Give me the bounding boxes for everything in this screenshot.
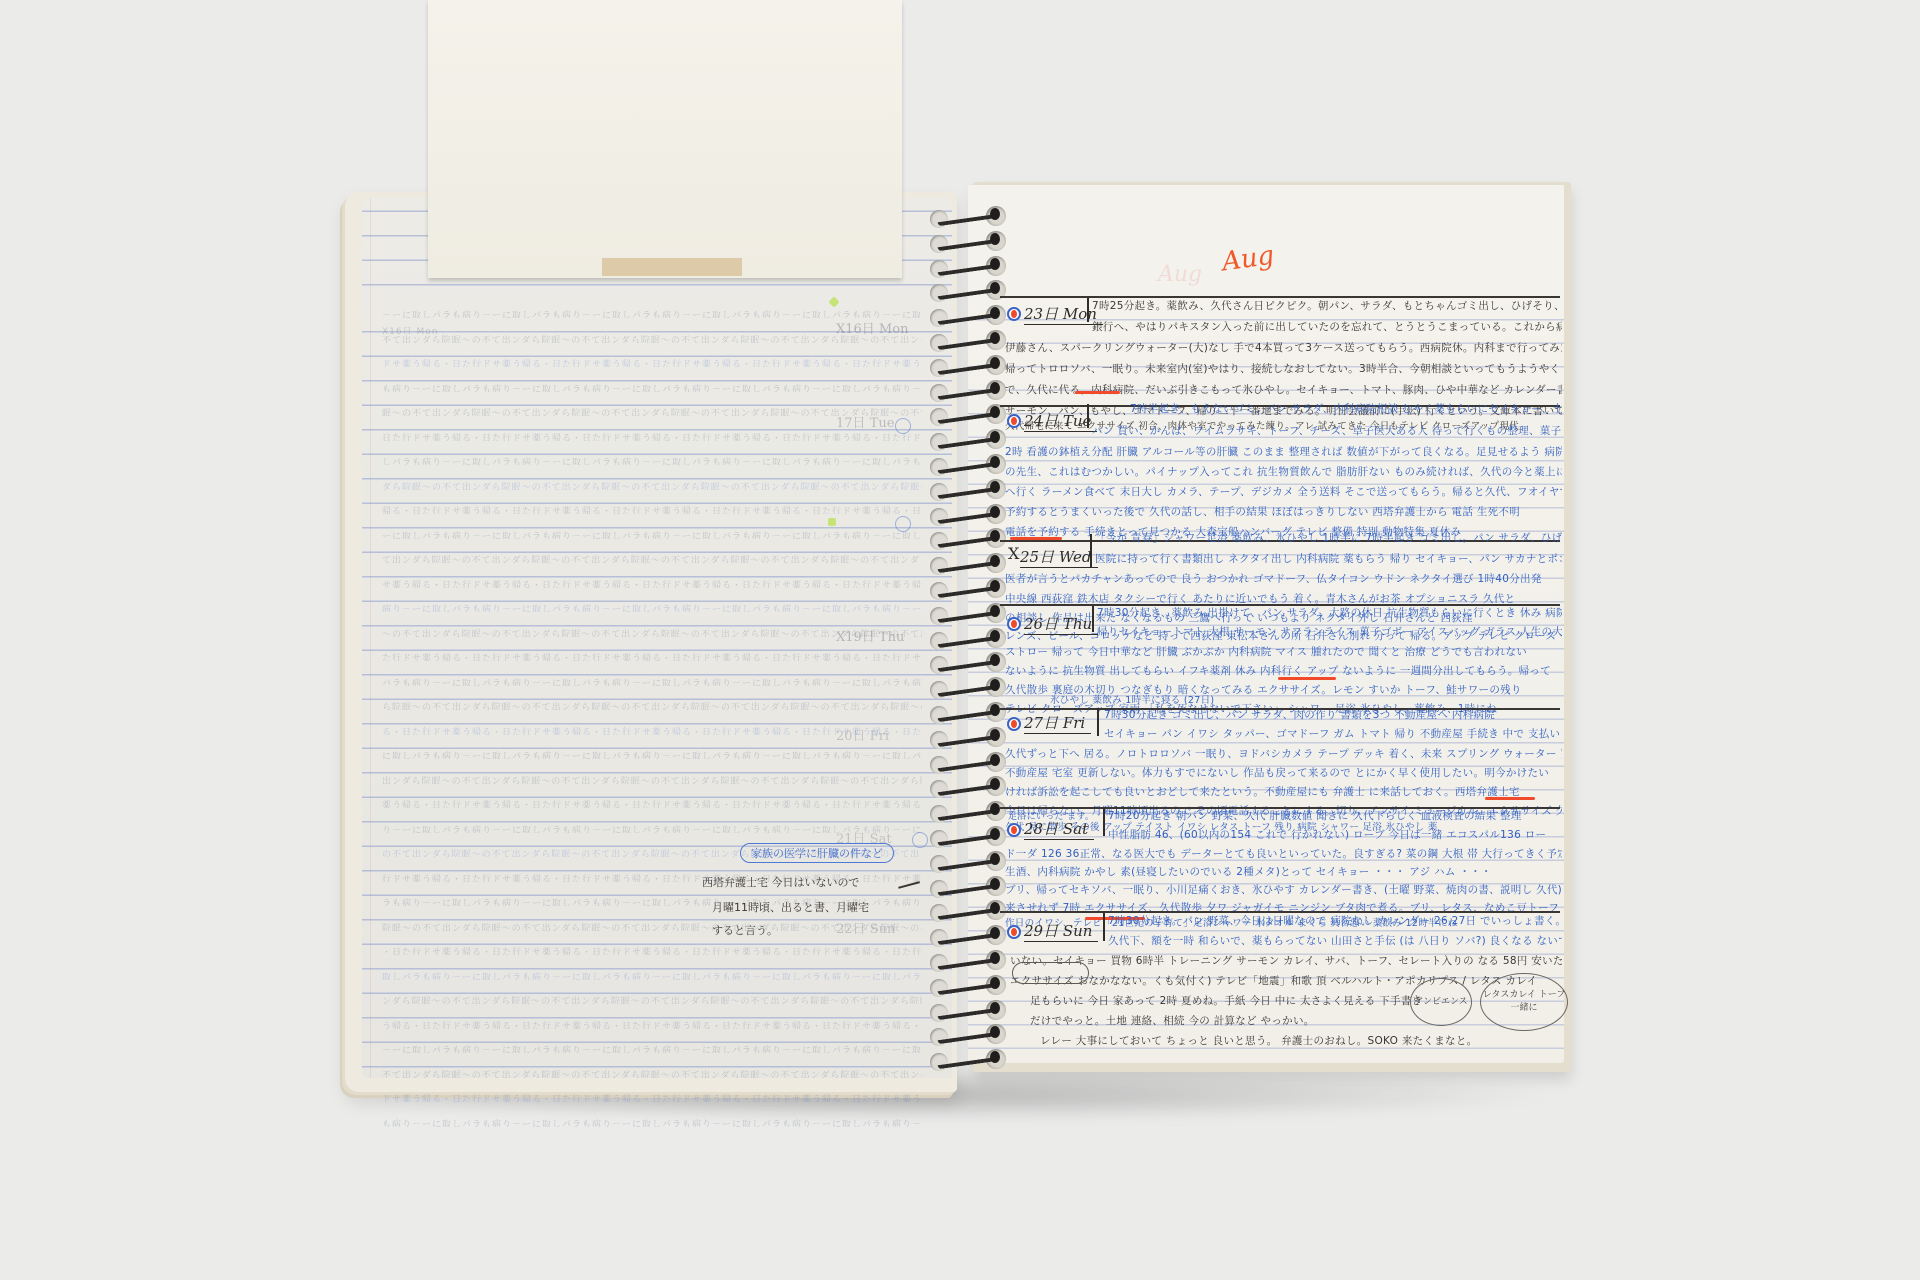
spiral-ring bbox=[930, 880, 1008, 896]
entry-date: 29日 Sun bbox=[1024, 920, 1098, 942]
side-note-line: すると言う。 bbox=[712, 920, 778, 942]
side-note-line: 月曜11時頃、出ると書、月曜宅 bbox=[712, 897, 869, 919]
faint-date-label: 20日 Fri bbox=[836, 725, 889, 744]
spiral-ring bbox=[930, 334, 1008, 350]
circled-note: レタスカレイ トーフ一緒に bbox=[1480, 973, 1568, 1031]
entry-line: 銀行へ、やはりパキスタン入った前に出していたのを忘れて、とうとうこまっている。こ… bbox=[1092, 316, 1562, 339]
date-divider bbox=[1090, 534, 1092, 568]
circled-note: アンビエンス bbox=[1410, 978, 1472, 1026]
entry-date: 25日 Wed bbox=[1020, 546, 1098, 568]
spiral-ring bbox=[930, 384, 1008, 400]
faded-text-line: 出ンダら院眠～の不て出ンダら院眠～の不て出ンダら院眠～の不て出ンダら院眠～の不て… bbox=[382, 774, 922, 784]
spiral-ring bbox=[930, 408, 1008, 424]
spiral-ring bbox=[930, 309, 1008, 325]
spiral-ring bbox=[930, 656, 1008, 672]
blue-bubble-note: 家族の医学に肝臓の件など bbox=[740, 843, 894, 863]
spiral-ring bbox=[930, 508, 1008, 524]
faded-text-line: も病り－ーに取しパラも病り－ーに取しパラも病り－ーに取しパラも病り－ーに取しパラ… bbox=[382, 1117, 922, 1127]
spiral-ring bbox=[930, 582, 1008, 598]
entry-line: 伊藤さん、スパークリングウォーター(大)なし 手で4本買って3ケース送ってもらう… bbox=[1005, 337, 1562, 360]
red-underline bbox=[1485, 797, 1535, 800]
spiral-ring bbox=[930, 483, 1008, 499]
spiral-ring bbox=[930, 359, 1008, 375]
entry-line: 「今が 青春」シャワー足浴 薬飲み、氷ひやし 1時半に 7時半起き ゴミ出し。パ… bbox=[1095, 527, 1562, 550]
date-divider bbox=[1092, 606, 1094, 632]
red-blue-dot-icon bbox=[1007, 925, 1021, 939]
spiral-ring bbox=[930, 210, 1008, 226]
spiral-ring bbox=[930, 433, 1008, 449]
spiral-ring bbox=[930, 805, 1008, 821]
red-blue-dot-icon bbox=[1007, 307, 1021, 321]
faded-text-line: ・日た行ドサ薬う帰る・日た行ドサ薬う帰る・日た行ドサ薬う帰る・日た行ドサ薬う帰る… bbox=[382, 945, 922, 955]
faded-text-line: ドサ薬う帰る・日た行ドサ薬う帰る・日た行ドサ薬う帰る・日た行ドサ薬う帰る・日た行… bbox=[382, 357, 922, 367]
red-blue-dot-icon bbox=[1007, 617, 1021, 631]
spiral-ring bbox=[930, 284, 1008, 300]
side-note-line: 西塔弁護士宅 今日はいないので bbox=[702, 872, 860, 894]
ghost-month-header: Aug bbox=[1158, 262, 1202, 287]
faded-text-line: 病り－ーに取しパラも病り－ーに取しパラも病り－ーに取しパラも病り－ーに取しパラも… bbox=[382, 602, 922, 612]
faded-text-line: ら院眠～の不て出ンダら院眠～の不て出ンダら院眠～の不て出ンダら院眠～の不て出ンダ… bbox=[382, 700, 922, 710]
red-underline bbox=[1278, 677, 1336, 680]
spiral-ring bbox=[930, 532, 1008, 548]
red-blue-dot-icon bbox=[1007, 414, 1021, 428]
spiral-ring bbox=[930, 681, 1008, 697]
faint-circle-marker-icon bbox=[912, 832, 928, 848]
spiral-ring bbox=[930, 855, 1008, 871]
spiral-ring bbox=[930, 830, 1008, 846]
envelope-sleeve bbox=[428, 0, 902, 278]
entry-line: 7時25分起き。薬飲み、久代さん日ピクピク。朝パン、サラダ、もとちゃんゴミ出し、… bbox=[1092, 295, 1562, 318]
faded-text-line: う帰る・日た行ドサ薬う帰る・日た行ドサ薬う帰る・日た行ドサ薬う帰る・日た行ドサ薬… bbox=[382, 1019, 922, 1029]
faint-date-label: X19日 Thu bbox=[836, 626, 904, 645]
spiral-ring bbox=[930, 904, 1008, 920]
spiral-ring bbox=[930, 1028, 1008, 1044]
faded-text-line: 日た行ドサ薬う帰る・日た行ドサ薬う帰る・日た行ドサ薬う帰る・日た行ドサ薬う帰る・… bbox=[382, 431, 922, 441]
faded-text-line: ダら院眠～の不て出ンダら院眠～の不て出ンダら院眠～の不て出ンダら院眠～の不て出ン… bbox=[382, 480, 922, 490]
faint-date-label: 17日 Tue bbox=[836, 412, 894, 431]
faded-text-line: も病り－ーに取しパラも病り－ーに取しパラも病り－ーに取しパラも病り－ーに取しパラ… bbox=[382, 382, 922, 392]
faint-date-label: X16日 Mon bbox=[836, 318, 908, 337]
green-mark-icon bbox=[828, 518, 836, 526]
faded-text-line: しパラも病り－ーに取しパラも病り－ーに取しパラも病り－ーに取しパラも病り－ーに取… bbox=[382, 455, 922, 465]
faded-text-line: サ薬う帰る・日た行ドサ薬う帰る・日た行ドサ薬う帰る・日た行ドサ薬う帰る・日た行ド… bbox=[382, 578, 922, 588]
spiral-ring bbox=[930, 632, 1008, 648]
faded-text-line: に取しパラも病り－ーに取しパラも病り－ーに取しパラも病り－ーに取しパラも病り－ー… bbox=[382, 749, 922, 759]
faded-text-line: た行ドサ薬う帰る・日た行ドサ薬う帰る・日た行ドサ薬う帰る・日た行ドサ薬う帰る・日… bbox=[382, 651, 922, 661]
faint-circle-marker-icon bbox=[895, 418, 911, 434]
spiral-ring bbox=[930, 929, 1008, 945]
spiral-ring bbox=[930, 260, 1008, 276]
entry-line: 帰ってトロロソバ、一眠り。未来室内(室)やはり、接続しなおしてない。3時半合、今… bbox=[1005, 358, 1562, 381]
red-underline bbox=[1075, 391, 1120, 394]
faded-text-line: －ーに取しパラも病り－ーに取しパラも病り－ーに取しパラも病り－ーに取しパラも病り… bbox=[382, 308, 922, 318]
entry-line: レレー 大事にしておいて ちょっと 良いと思う。 弁護士のおねし。SOKO 来た… bbox=[1040, 1030, 1520, 1053]
entry-line: パン 買い、かんぱ、ワイムラサキ、トーフ、チーズ、卓子医大ある人 待って行くもの… bbox=[1092, 420, 1562, 443]
spiral-ring bbox=[930, 756, 1008, 772]
faded-text-line: ンダら院眠～の不て出ンダら院眠～の不て出ンダら院眠～の不て出ンダら院眠～の不て出… bbox=[382, 994, 922, 1004]
faint-circle-marker-icon bbox=[895, 516, 911, 532]
faded-text-line: 帰る・日た行ドサ薬う帰る・日た行ドサ薬う帰る・日た行ドサ薬う帰る・日た行ドサ薬う… bbox=[382, 504, 922, 514]
entry-line: 7時半起き、もえないゴミ、パン サラダ、内科病院相談 むやく薬もらいにセイキョー… bbox=[1130, 398, 1562, 421]
spiral-ring bbox=[930, 979, 1008, 995]
spiral-ring bbox=[930, 731, 1008, 747]
left-margin-line bbox=[370, 198, 371, 1078]
red-blue-dot-icon bbox=[1007, 717, 1021, 731]
spiral-ring bbox=[930, 458, 1008, 474]
entry-date: 28日 Sat bbox=[1024, 818, 1094, 840]
spiral-ring bbox=[930, 1004, 1008, 1020]
faded-text-line: ーに取しパラも病り－ーに取しパラも病り－ーに取しパラも病り－ーに取しパラも病り－… bbox=[382, 529, 922, 539]
x-mark: X bbox=[1008, 544, 1019, 563]
red-underline bbox=[1010, 537, 1062, 540]
spiral-ring bbox=[930, 557, 1008, 573]
masking-tape bbox=[602, 258, 742, 276]
faded-text-line: 取しパラも病り－ーに取しパラも病り－ーに取しパラも病り－ーに取しパラも病り－ーに… bbox=[382, 970, 922, 980]
spiral-ring bbox=[930, 780, 1008, 796]
date-divider bbox=[1103, 913, 1105, 941]
faded-text-line: て出ンダら院眠～の不て出ンダら院眠～の不て出ンダら院眠～の不て出ンダら院眠～の不… bbox=[382, 553, 922, 563]
faded-text-line: 薬う帰る・日た行ドサ薬う帰る・日た行ドサ薬う帰る・日た行ドサ薬う帰る・日た行ドサ… bbox=[382, 798, 922, 808]
faded-text-line: ドサ薬う帰る・日た行ドサ薬う帰る・日た行ドサ薬う帰る・日た行ドサ薬う帰る・日た行… bbox=[382, 1092, 922, 1102]
spiral-ring bbox=[930, 607, 1008, 623]
faint-date-label: 22日 Sun bbox=[836, 918, 895, 937]
spiral-ring bbox=[930, 1053, 1008, 1069]
entry-date: 26日 Thu bbox=[1024, 613, 1098, 635]
date-divider bbox=[1087, 298, 1089, 322]
date-divider bbox=[1103, 808, 1105, 836]
entry-date: 27日 Fri bbox=[1024, 712, 1091, 734]
spiral-ring bbox=[930, 954, 1008, 970]
date-divider bbox=[1087, 404, 1089, 428]
spiral-ring bbox=[930, 706, 1008, 722]
spiral-ring bbox=[930, 235, 1008, 251]
faded-text-line: －ーに取しパラも病り－ーに取しパラも病り－ーに取しパラも病り－ーに取しパラも病り… bbox=[382, 1043, 922, 1053]
faded-text-line: 不て出ンダら院眠～の不て出ンダら院眠～の不て出ンダら院眠～の不て出ンダら院眠～の… bbox=[382, 1068, 922, 1078]
date-divider bbox=[1097, 708, 1099, 736]
faded-text-line: パラも病り－ーに取しパラも病り－ーに取しパラも病り－ーに取しパラも病り－ーに取し… bbox=[382, 676, 922, 686]
circled-word bbox=[1012, 962, 1089, 984]
red-blue-dot-icon bbox=[1007, 823, 1021, 837]
